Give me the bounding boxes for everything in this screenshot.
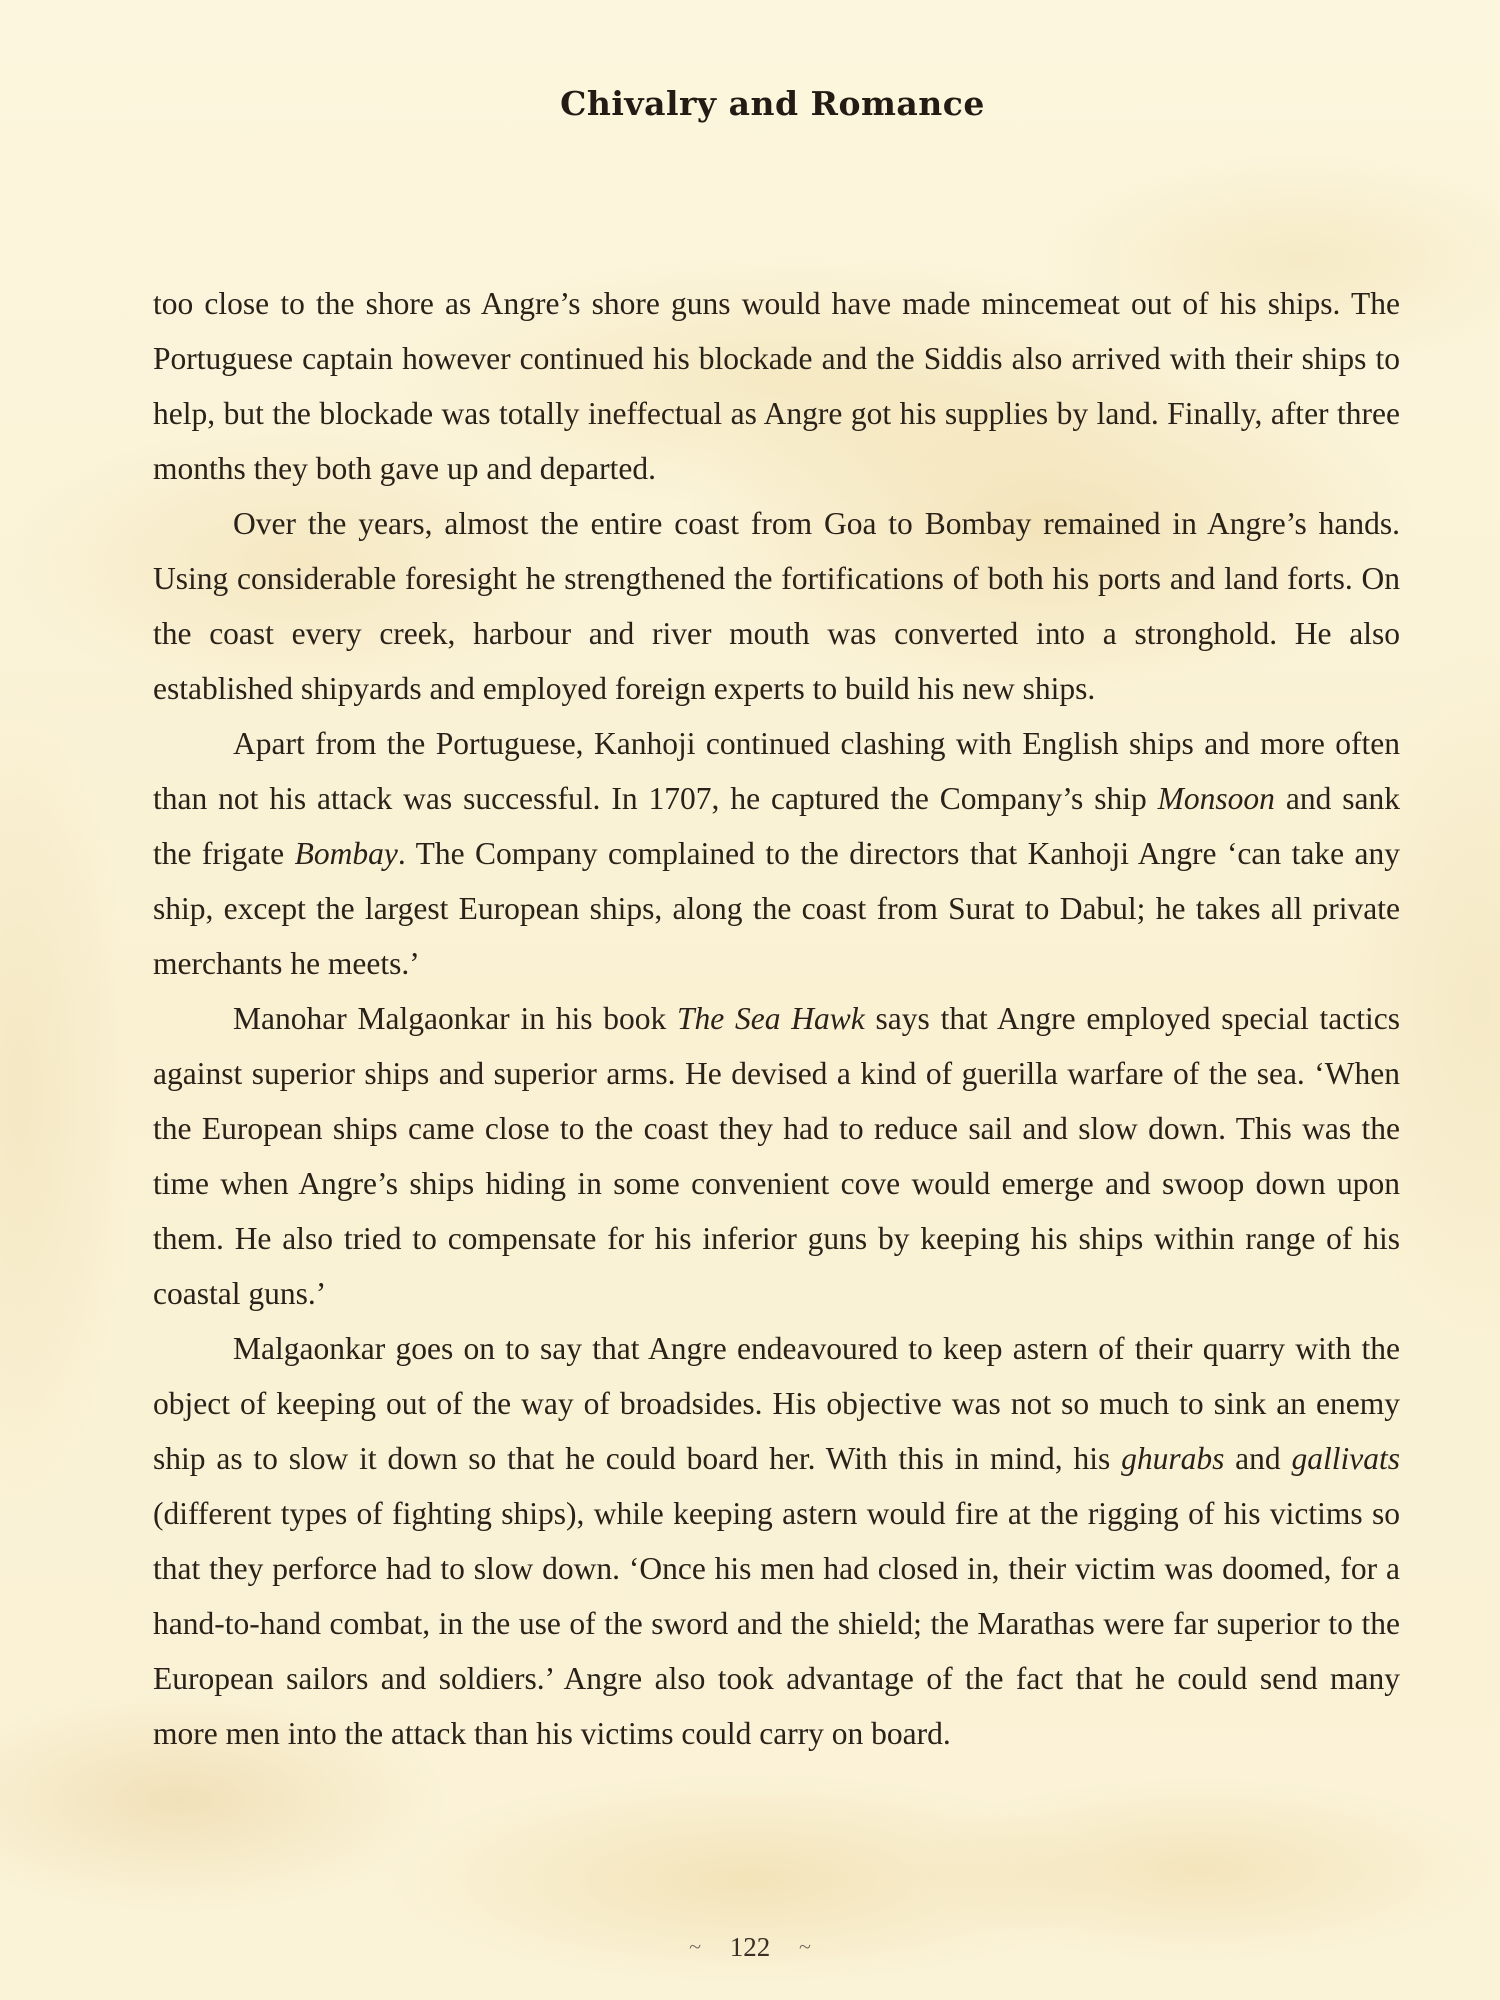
text-segment: Manohar Malgaonkar in his book bbox=[233, 1001, 677, 1036]
term-ghurabs: ghurabs bbox=[1121, 1441, 1224, 1476]
paragraph-1: too close to the shore as Angre’s shore … bbox=[153, 276, 1400, 496]
body-text: too close to the shore as Angre’s shore … bbox=[153, 276, 1400, 1761]
ship-name-monsoon: Monsoon bbox=[1158, 781, 1275, 816]
running-head: Chivalry and Romance bbox=[0, 84, 1500, 123]
paragraph-3: Apart from the Portuguese, Kanhoji conti… bbox=[153, 716, 1400, 991]
text-segment: Over the years, almost the entire coast … bbox=[153, 506, 1400, 706]
page-number: 122 bbox=[730, 1932, 771, 1962]
paragraph-5: Malgaonkar goes on to say that Angre end… bbox=[153, 1321, 1400, 1761]
ship-name-bombay: Bombay bbox=[295, 836, 398, 871]
text-segment: and bbox=[1224, 1441, 1291, 1476]
text-segment: (different types of fighting ships), whi… bbox=[153, 1496, 1400, 1751]
page-footer: ~ 122 ~ bbox=[0, 1932, 1500, 1963]
paragraph-2: Over the years, almost the entire coast … bbox=[153, 496, 1400, 716]
flourish-right-icon: ~ bbox=[799, 1934, 811, 1960]
book-title: The Sea Hawk bbox=[677, 1001, 865, 1036]
text-segment: says that Angre employed special tactics… bbox=[153, 1001, 1400, 1311]
paragraph-4: Manohar Malgaonkar in his book The Sea H… bbox=[153, 991, 1400, 1321]
flourish-left-icon: ~ bbox=[689, 1934, 701, 1960]
text-segment: too close to the shore as Angre’s shore … bbox=[153, 286, 1400, 486]
term-gallivats: gallivats bbox=[1292, 1441, 1401, 1476]
